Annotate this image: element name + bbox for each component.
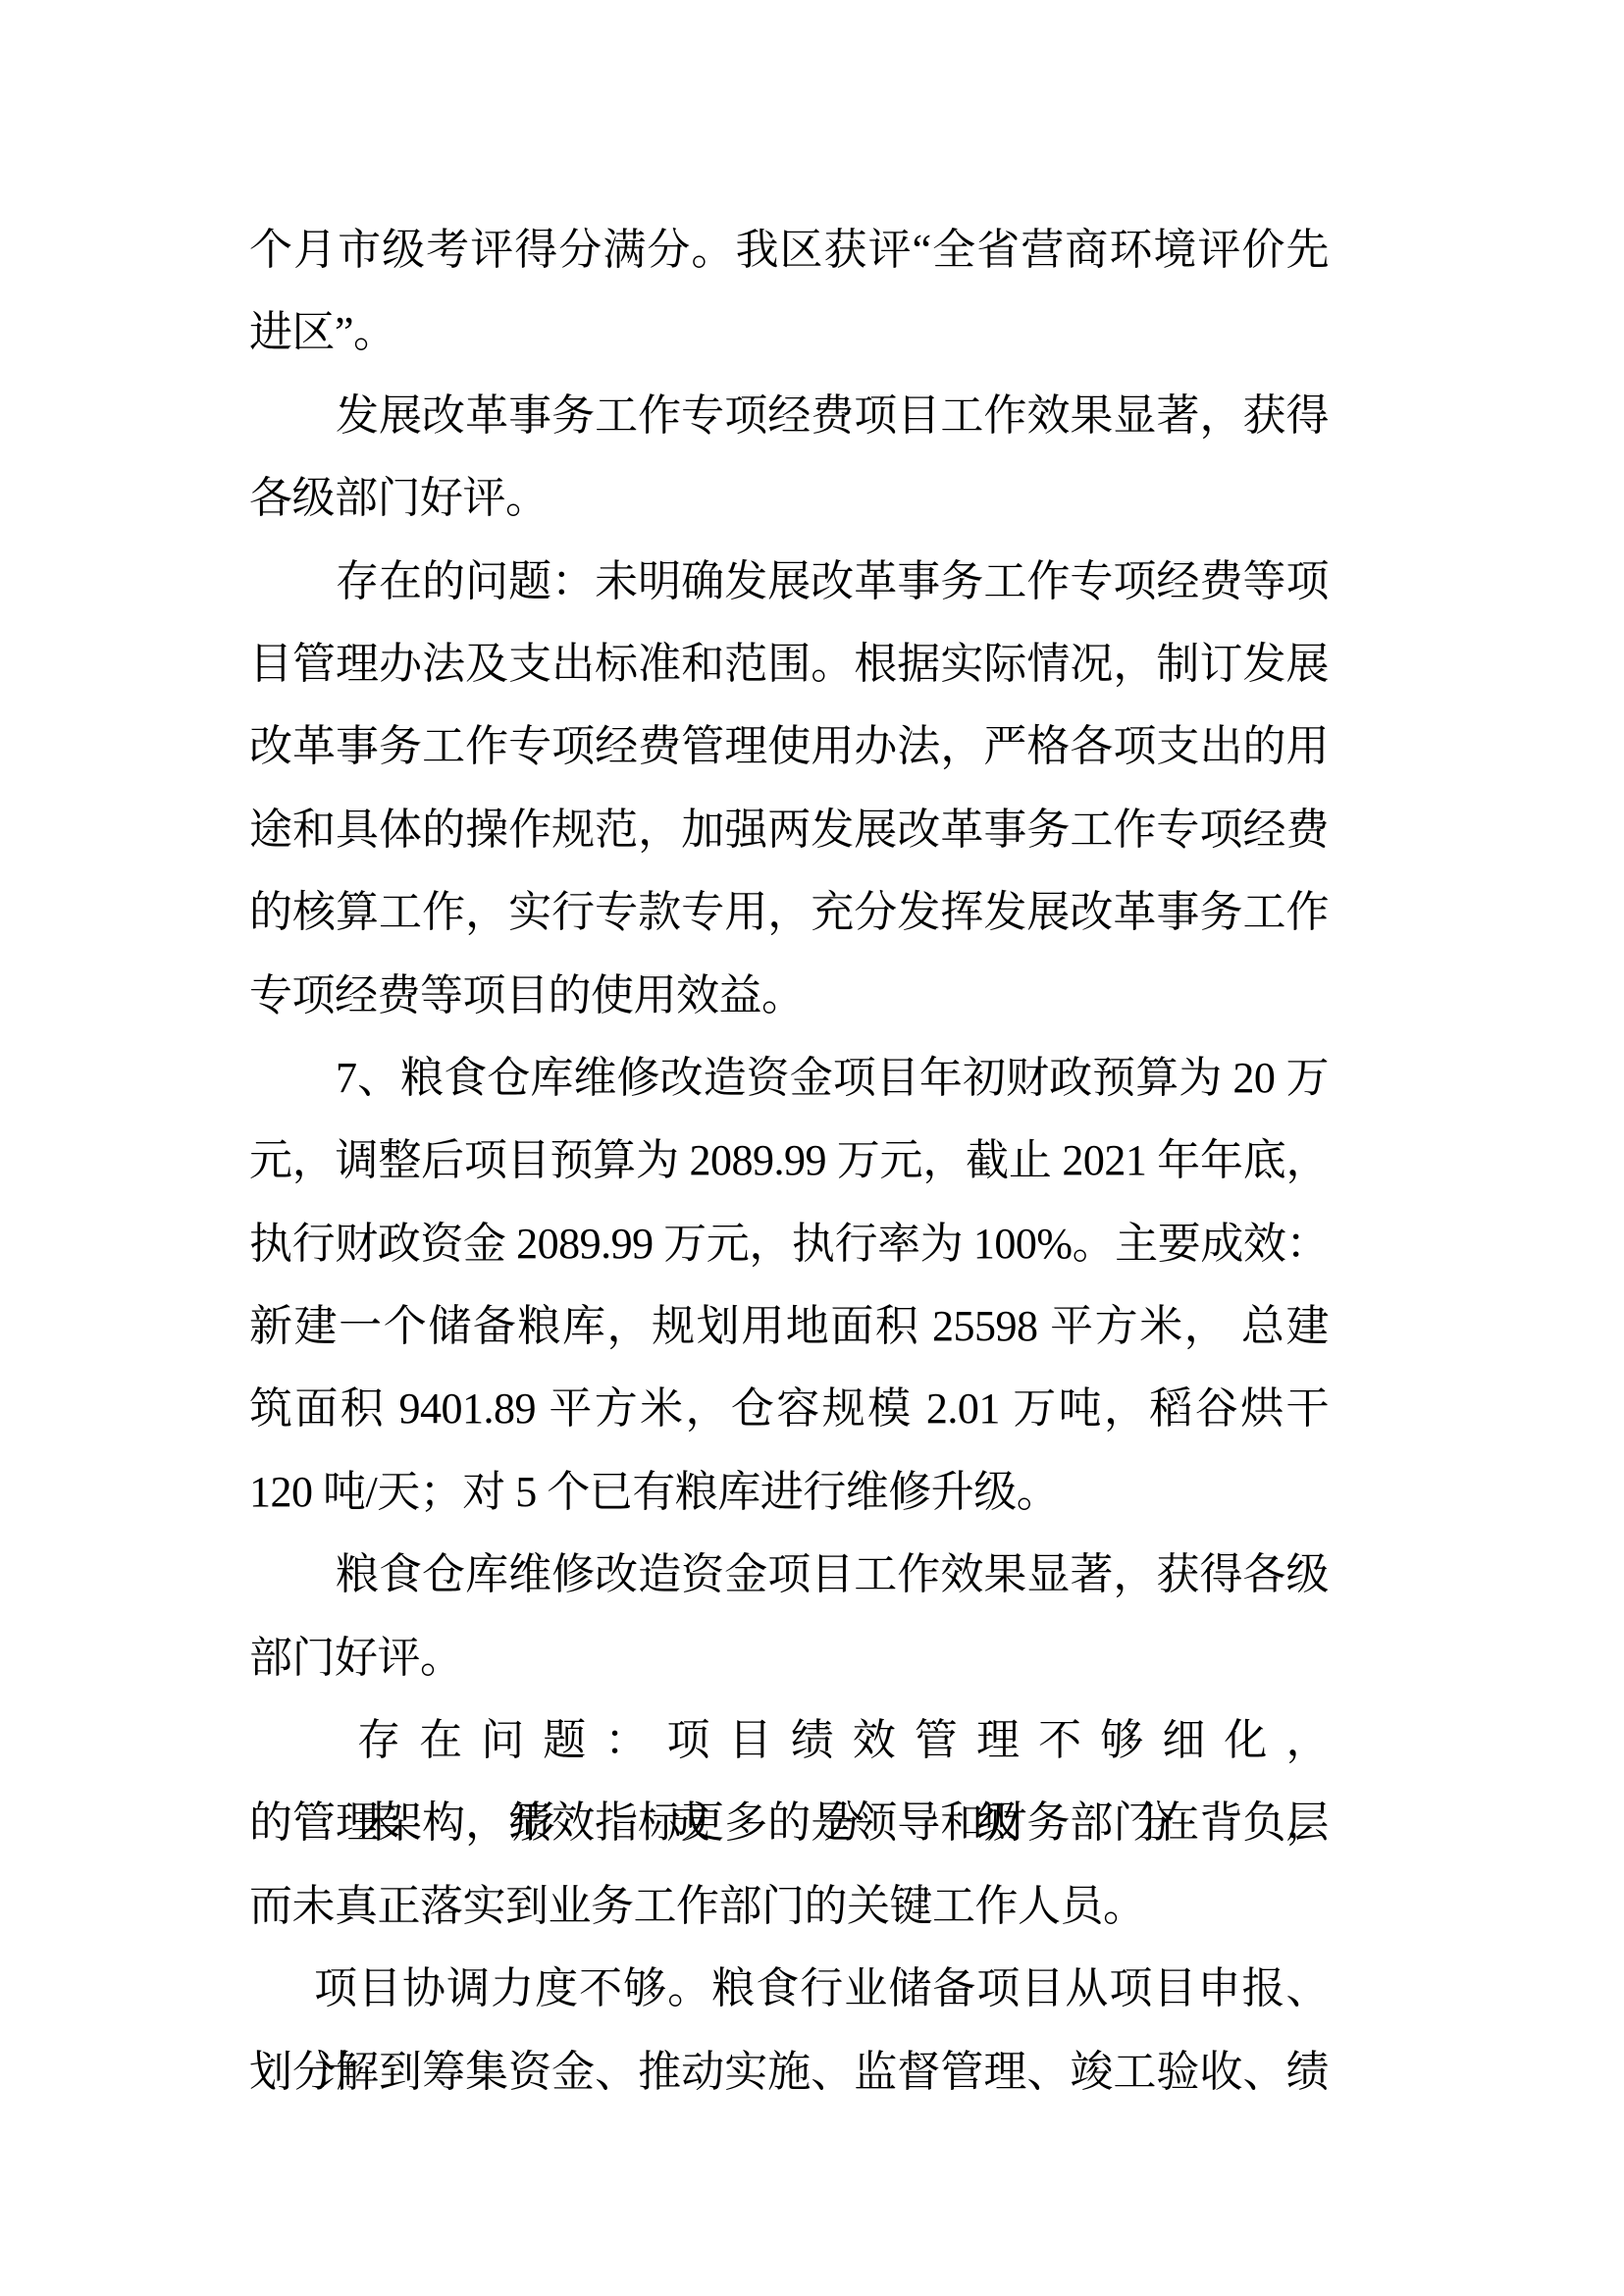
text-line: 存在问题：项目绩效管理不够细化，未形成分级分层: [249, 1699, 1329, 1782]
text-line: 7、粮食仓库维修改造资金项目年初财政预算为 20 万: [249, 1037, 1329, 1120]
text-line: 发展改革事务工作专项经费项目工作效果显著，获得: [249, 375, 1329, 457]
text-line: 筑面积 9401.89 平方米，仓容规模 2.01 万吨，稻谷烘干: [249, 1368, 1329, 1450]
text-line: 部门好评。: [249, 1617, 1329, 1699]
text-line: 途和具体的操作规范，加强两发展改革事务工作专项经费: [249, 789, 1329, 871]
text-line: 执行财政资金 2089.99 万元，执行率为 100%。主要成效：: [249, 1203, 1329, 1285]
document-text-block: 个月市级考评得分满分。我区获评“全省营商环境评价先进区”。发展改革事务工作专项经…: [249, 209, 1329, 2113]
page: 个月市级考评得分满分。我区获评“全省营商环境评价先进区”。发展改革事务工作专项经…: [0, 0, 1624, 2296]
text-line: 存在的问题：未明确发展改革事务工作专项经费等项: [249, 541, 1329, 623]
text-line: 新建一个储备粮库，规划用地面积 25598 平方米， 总建: [249, 1285, 1329, 1368]
text-line: 而未真正落实到业务工作部门的关键工作人员。: [249, 1865, 1329, 1948]
text-line: 进区”。: [249, 291, 1329, 374]
text-line: 专项经费等项目的使用效益。: [249, 955, 1329, 1037]
text-line: 120 吨/天；对 5 个已有粮库进行维修升级。: [249, 1451, 1329, 1534]
text-line: 粮食仓库维修改造资金项目工作效果显著，获得各级: [249, 1534, 1329, 1616]
text-line: 的管理架构，绩效指标更多的是领导和财务部门在背负，: [249, 1782, 1329, 1864]
text-line: 个月市级考评得分满分。我区获评“全省营商环境评价先: [249, 209, 1329, 291]
text-line: 划分解到筹集资金、推动实施、监督管理、竣工验收、绩: [249, 2031, 1329, 2113]
text-line: 各级部门好评。: [249, 457, 1329, 540]
text-line: 的核算工作，实行专款专用，充分发挥发展改革事务工作: [249, 871, 1329, 954]
text-line: 项目协调力度不够。粮食行业储备项目从项目申报、计: [249, 1948, 1329, 2030]
text-line: 目管理办法及支出标准和范围。根据实际情况，制订发展: [249, 623, 1329, 705]
text-line: 改革事务工作专项经费管理使用办法，严格各项支出的用: [249, 705, 1329, 788]
text-line: 元，调整后项目预算为 2089.99 万元，截止 2021 年年底，: [249, 1120, 1329, 1202]
